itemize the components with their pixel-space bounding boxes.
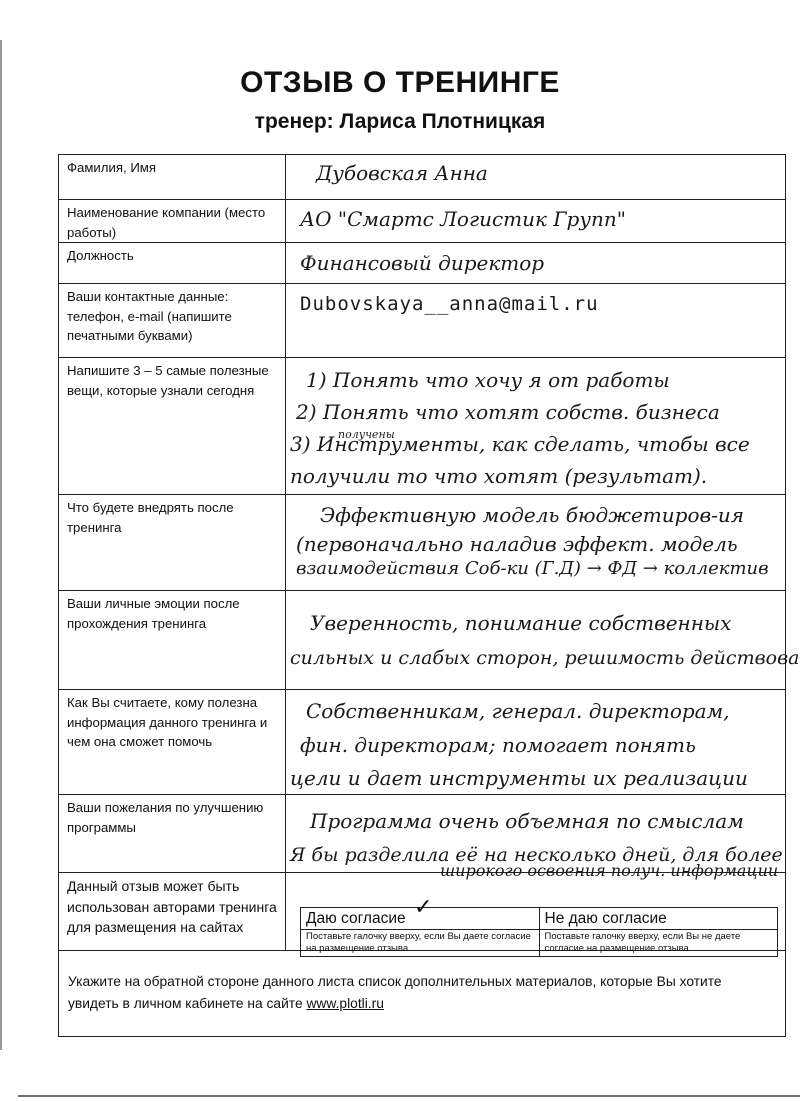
feedback-form-table: Фамилия, Имя Дубовская Анна Наименование… bbox=[58, 154, 786, 1037]
field-label: Ваши личные эмоции после прохождения тре… bbox=[59, 591, 286, 690]
consent-disagree-option[interactable]: Не даю согласие bbox=[539, 908, 778, 930]
field-label: Фамилия, Имя bbox=[59, 155, 286, 200]
scan-edge bbox=[0, 40, 2, 1050]
row-consent: Данный отзыв может быть использован авто… bbox=[59, 873, 786, 951]
row-implement: Что будете внедрять после тренинга Эффек… bbox=[59, 495, 786, 591]
footer-note: Укажите на обратной стороне данного лист… bbox=[59, 951, 786, 1037]
field-label: Наименование компании (место работы) bbox=[59, 200, 286, 243]
row-who-benefits: Как Вы считаете, кому полезна информация… bbox=[59, 690, 786, 795]
field-label: Что будете внедрять после тренинга bbox=[59, 495, 286, 591]
field-label: Напишите 3 – 5 самые полезные вещи, кото… bbox=[59, 358, 286, 495]
company-answer[interactable]: АО "Смартс Логистик Групп" bbox=[286, 200, 786, 243]
row-contacts: Ваши контактные данные: телефон, e-mail … bbox=[59, 284, 786, 358]
emotions-answer[interactable]: Уверенность, понимание собственных сильн… bbox=[286, 591, 786, 690]
row-useful-things: Напишите 3 – 5 самые полезные вещи, кото… bbox=[59, 358, 786, 495]
trainer-subtitle: тренер: Лариса Плотницкая bbox=[0, 110, 800, 134]
website-link[interactable]: www.plotli.ru bbox=[306, 996, 383, 1011]
consent-agree-hint: Поставьте галочку вверху, если Вы даете … bbox=[301, 930, 540, 957]
row-name: Фамилия, Имя Дубовская Анна bbox=[59, 155, 786, 200]
field-label: Данный отзыв может быть использован авто… bbox=[59, 873, 286, 951]
contacts-answer[interactable]: Dubovskaya__anna@mail.ru bbox=[286, 284, 786, 358]
row-company: Наименование компании (место работы) АО … bbox=[59, 200, 786, 243]
page-title: ОТЗЫВ О ТРЕНИНГЕ bbox=[0, 66, 800, 100]
useful-things-answer[interactable]: 1) Понять что хочу я от работы 2) Понять… bbox=[286, 358, 786, 495]
field-label: Ваши пожелания по улучшению программы bbox=[59, 795, 286, 873]
field-label: Ваши контактные данные: телефон, e-mail … bbox=[59, 284, 286, 358]
checkmark-icon: ✓ bbox=[414, 895, 432, 920]
row-footer: Укажите на обратной стороне данного лист… bbox=[59, 951, 786, 1037]
consent-disagree-hint: Поставьте галочку вверху, если Вы не дае… bbox=[539, 930, 778, 957]
scan-bottom-edge bbox=[18, 1095, 800, 1097]
name-answer[interactable]: Дубовская Анна bbox=[286, 155, 786, 200]
who-benefits-answer[interactable]: Собственникам, генерал. директорам, фин.… bbox=[286, 690, 786, 795]
consent-table: Даю согласие Не даю согласие Поставьте г… bbox=[300, 907, 778, 957]
row-position: Должность Финансовый директор bbox=[59, 243, 786, 284]
position-answer[interactable]: Финансовый директор bbox=[286, 243, 786, 284]
field-label: Как Вы считаете, кому полезна информация… bbox=[59, 690, 286, 795]
implement-answer[interactable]: Эффективную модель бюджетиров-ия (первон… bbox=[286, 495, 786, 591]
row-emotions: Ваши личные эмоции после прохождения тре… bbox=[59, 591, 786, 690]
consent-cell: широкого освоения получ. информации Даю … bbox=[286, 873, 786, 951]
field-label: Должность bbox=[59, 243, 286, 284]
